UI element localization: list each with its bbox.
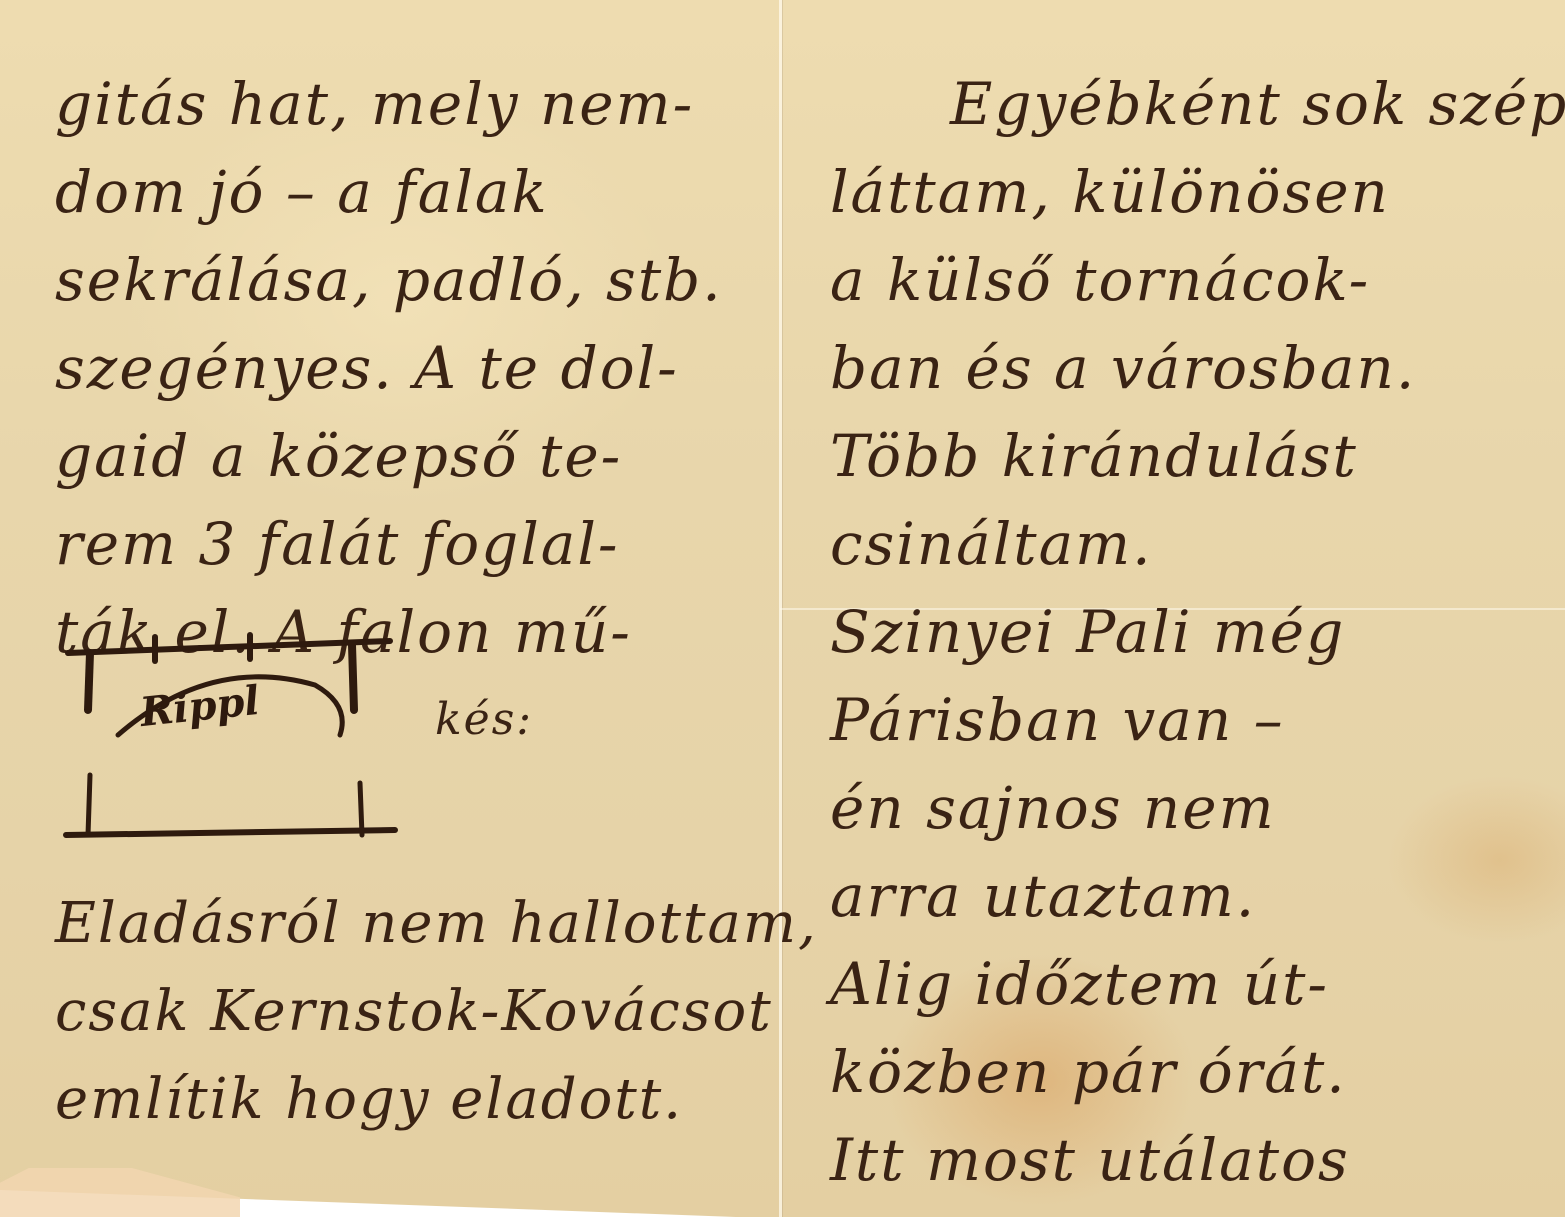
text-line: én sajnos nem <box>830 764 1550 852</box>
text-line: ban és a városban. <box>830 324 1550 412</box>
text-line: sekrálása, padló, stb. <box>55 236 775 324</box>
text-line: arra utaztam. <box>830 852 1550 940</box>
text-line: közben pár órát. <box>830 1028 1550 1116</box>
text-line: Eladásról nem hallottam, <box>55 880 818 968</box>
text-line: a külső tornácok- <box>830 236 1550 324</box>
text-line: láttam, különösen <box>830 148 1550 236</box>
text-line: Párisban van – <box>830 676 1550 764</box>
text-line: gaid a közepső te- <box>55 412 775 500</box>
text-line: Egyébként sok szépet <box>830 60 1550 148</box>
floor-plan-drawing <box>60 625 400 840</box>
left-column-bottom: Eladásról nem hallottam, csak Kernstok-K… <box>55 880 818 1144</box>
text-line: csak Kernstok-Kovácsot <box>55 968 818 1056</box>
text-line: csináltam. <box>830 500 1550 588</box>
text-line: Több kirándulást <box>830 412 1550 500</box>
right-column: Egyébként sok szépet láttam, különösen a… <box>830 60 1550 1204</box>
text-line: Szinyei Pali még <box>830 588 1550 676</box>
text-line: szegényes. A te dol- <box>55 324 775 412</box>
floor-plan-sketch: Rippl <box>60 625 400 840</box>
text-line: Alig időztem út- <box>830 940 1550 1028</box>
text-line: rem 3 falát foglal- <box>55 500 775 588</box>
text-line: gitás hat, mely nem- <box>55 60 775 148</box>
text-line: Itt most utálatos <box>830 1116 1550 1204</box>
text-line: említik hogy eladott. <box>55 1056 818 1144</box>
text-line: dom jó – a falak <box>55 148 775 236</box>
